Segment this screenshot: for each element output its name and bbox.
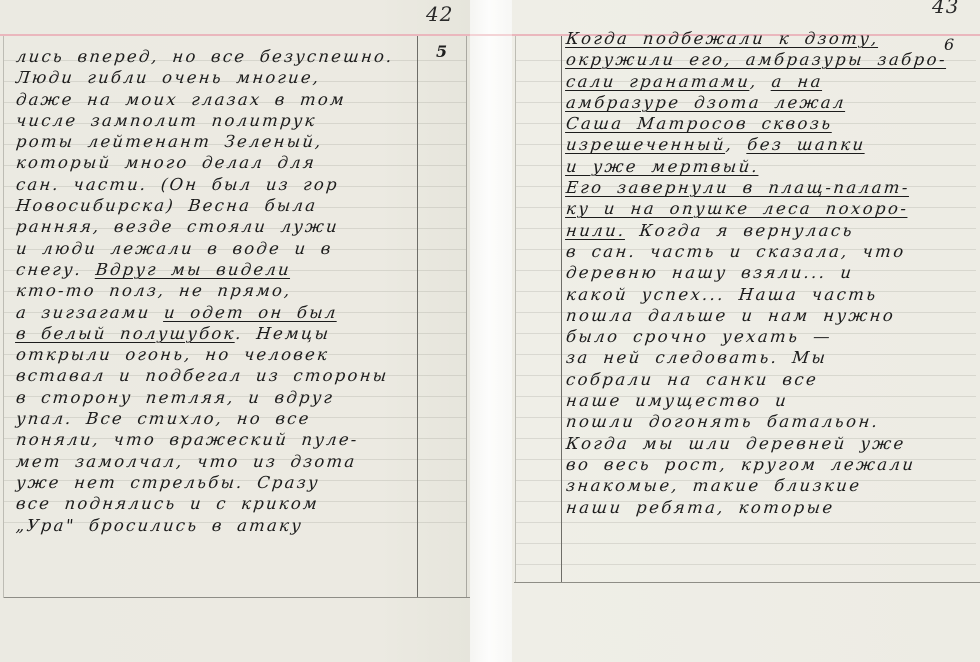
- underlined-text: в белый полушубок: [15, 324, 237, 343]
- handwritten-line: деревню нашу взяли... и: [565, 262, 967, 283]
- line-text: и люди лежали в воде и в: [15, 239, 334, 258]
- line-text: сан. части. (Он был из гор: [15, 175, 340, 194]
- handwritten-line: Люди гибли очень многие,: [15, 67, 437, 88]
- handwritten-line: было срочно уехать —: [565, 326, 967, 347]
- line-text: мет замолчал, что из дзота: [15, 452, 357, 471]
- handwritten-line: во весь рост, кругом лежали: [565, 454, 967, 475]
- line-text: за ней следовать. Мы: [565, 348, 828, 367]
- left-page-number: 42: [426, 2, 453, 26]
- underlined-text: а на: [771, 72, 824, 91]
- handwritten-line: а зигзагами и одет он был: [15, 302, 437, 323]
- handwritten-line: нили. Когда я вернулась: [565, 220, 967, 241]
- handwritten-line: ранняя, везде стояли лужи: [15, 216, 437, 237]
- handwritten-line: роты лейтенант Зеленый,: [15, 131, 437, 152]
- handwritten-line: Когда подбежали к дзоту,: [565, 28, 967, 49]
- handwritten-line: ку и на опушке леса похоро-: [565, 198, 967, 219]
- underlined-text: и одет он был: [163, 303, 339, 322]
- line-text: Когда мы шли деревней уже: [565, 434, 907, 453]
- line-text-after: ,: [725, 135, 748, 154]
- handwritten-line: знакомые, такие близкие: [565, 475, 967, 496]
- line-text-after: . Немцы: [235, 324, 332, 343]
- line-text: упал. Все стихло, но все: [15, 409, 312, 428]
- line-text: вставал и подбегал из стороны: [15, 366, 389, 385]
- left-page-handwriting: лись вперед, но все безуспешно.Люди гибл…: [16, 46, 436, 536]
- line-text: пошли догонять батальон.: [565, 412, 880, 431]
- handwritten-line: амбразуре дзота лежал: [565, 92, 967, 113]
- handwritten-line: Саша Матросов сквозь: [565, 113, 967, 134]
- handwritten-line: сан. части. (Он был из гор: [15, 174, 437, 195]
- line-text: собрали на санки все: [565, 370, 819, 389]
- right-page-number: 43: [932, 0, 959, 18]
- handwritten-line: сали гранатами, а на: [565, 71, 967, 92]
- handwritten-line: и уже мертвый.: [565, 156, 967, 177]
- line-text: который много делал для: [15, 153, 317, 172]
- right-page-box-bottom: [514, 582, 980, 583]
- handwritten-line: Его завернули в плащ-палат-: [565, 177, 967, 198]
- line-text: кто-то полз, не прямо,: [15, 281, 293, 300]
- underlined-text: Когда подбежали к дзоту,: [565, 29, 880, 48]
- page-gutter: [470, 0, 512, 662]
- line-text: пошла дальше и нам нужно: [565, 306, 896, 325]
- header-rule-gutter: [470, 34, 512, 36]
- handwritten-line: за ней следовать. Мы: [565, 347, 967, 368]
- line-text: в сан. часть и сказала, что: [565, 242, 907, 261]
- line-text: во весь рост, кругом лежали: [565, 455, 916, 474]
- underlined-text: Вдруг мы видели: [95, 260, 292, 279]
- left-page-box-bottom: [4, 597, 470, 598]
- left-page-outer-edge: [466, 36, 467, 598]
- line-text: а зигзагами: [15, 303, 165, 322]
- line-text: в сторону петляя, и вдруг: [15, 388, 335, 407]
- handwritten-line: все поднялись и с криком: [15, 493, 437, 514]
- handwritten-line: окружили его, амбразуры забро-: [565, 49, 967, 70]
- handwritten-line: мет замолчал, что из дзота: [15, 451, 437, 472]
- handwritten-line: снегу. Вдруг мы видели: [15, 259, 437, 280]
- underlined-text: ку и на опушке леса похоро-: [565, 199, 909, 218]
- handwritten-line: наше имущество и: [565, 390, 967, 411]
- line-text-after: ,: [749, 72, 772, 91]
- handwritten-line: „Ура" бросились в атаку: [15, 515, 437, 536]
- notebook-spread: 42 5 43 6 лись вперед, но все безуспешно…: [0, 0, 980, 662]
- handwritten-line: который много делал для: [15, 152, 437, 173]
- handwritten-line: кто-то полз, не прямо,: [15, 280, 437, 301]
- right-page-box-edge: [515, 36, 516, 583]
- underlined-text: Саша Матросов сквозь: [565, 114, 834, 133]
- right-page-handwriting: Когда подбежали к дзоту,окружили его, ам…: [566, 28, 966, 518]
- underlined-text: Его завернули в плащ-палат-: [565, 178, 911, 197]
- handwritten-line: даже на моих глазах в том: [15, 89, 437, 110]
- handwritten-line: пошла дальше и нам нужно: [565, 305, 967, 326]
- handwritten-line: в сторону петляя, и вдруг: [15, 387, 437, 408]
- handwritten-line: и люди лежали в воде и в: [15, 238, 437, 259]
- line-text: было срочно уехать —: [565, 327, 833, 346]
- underlined-text: и уже мертвый.: [565, 157, 760, 176]
- line-text: наши ребята, которые: [565, 498, 836, 517]
- handwritten-line: собрали на санки все: [565, 369, 967, 390]
- line-text: числе замполит политрук: [15, 111, 318, 130]
- line-text: Новосибирска) Весна была: [15, 196, 318, 215]
- left-sheet-number: 5: [436, 42, 447, 61]
- handwritten-line: Когда мы шли деревней уже: [565, 433, 967, 454]
- handwritten-line: упал. Все стихло, но все: [15, 408, 437, 429]
- header-rule-left: [0, 34, 470, 36]
- underlined-text: без шапки: [746, 135, 866, 154]
- handwritten-line: изрешеченный, без шапки: [565, 134, 967, 155]
- handwritten-line: Новосибирска) Весна была: [15, 195, 437, 216]
- line-text: ранняя, везде стояли лужи: [15, 217, 340, 236]
- left-page-box-edge: [3, 36, 4, 598]
- underlined-text: нили.: [565, 221, 627, 240]
- line-text: лись вперед, но все безуспешно.: [15, 47, 395, 66]
- handwritten-line: в сан. часть и сказала, что: [565, 241, 967, 262]
- line-text: даже на моих глазах в том: [15, 90, 347, 109]
- handwritten-line: наши ребята, которые: [565, 497, 967, 518]
- handwritten-line: вставал и подбегал из стороны: [15, 365, 437, 386]
- line-text: снегу.: [15, 260, 97, 279]
- underlined-text: окружили его, амбразуры забро-: [565, 50, 948, 69]
- handwritten-line: пошли догонять батальон.: [565, 411, 967, 432]
- handwritten-line: какой успех... Наша часть: [565, 284, 967, 305]
- line-text: уже нет стрельбы. Сразу: [15, 473, 321, 492]
- handwritten-line: уже нет стрельбы. Сразу: [15, 472, 437, 493]
- line-text: знакомые, такие близкие: [565, 476, 862, 495]
- line-text: деревню нашу взяли... и: [565, 263, 854, 282]
- underlined-text: сали гранатами: [565, 72, 751, 91]
- handwritten-line: в белый полушубок. Немцы: [15, 323, 437, 344]
- underlined-text: изрешеченный: [565, 135, 727, 154]
- line-text: поняли, что вражеский пуле-: [15, 430, 360, 449]
- handwritten-line: поняли, что вражеский пуле-: [15, 429, 437, 450]
- handwritten-line: лись вперед, но все безуспешно.: [15, 46, 437, 67]
- line-text: роты лейтенант Зеленый,: [15, 132, 324, 151]
- line-text-after: Когда я вернулась: [625, 221, 855, 240]
- handwritten-line: числе замполит политрук: [15, 110, 437, 131]
- underlined-text: амбразуре дзота лежал: [565, 93, 847, 112]
- handwritten-line: открыли огонь, но человек: [15, 344, 437, 365]
- right-page-margin-line: [561, 36, 562, 583]
- line-text: наше имущество и: [565, 391, 789, 410]
- line-text: открыли огонь, но человек: [15, 345, 330, 364]
- line-text: какой успех... Наша часть: [565, 285, 879, 304]
- line-text: все поднялись и с криком: [15, 494, 320, 513]
- line-text: Люди гибли очень многие,: [15, 68, 321, 87]
- line-text: „Ура" бросились в атаку: [15, 516, 304, 535]
